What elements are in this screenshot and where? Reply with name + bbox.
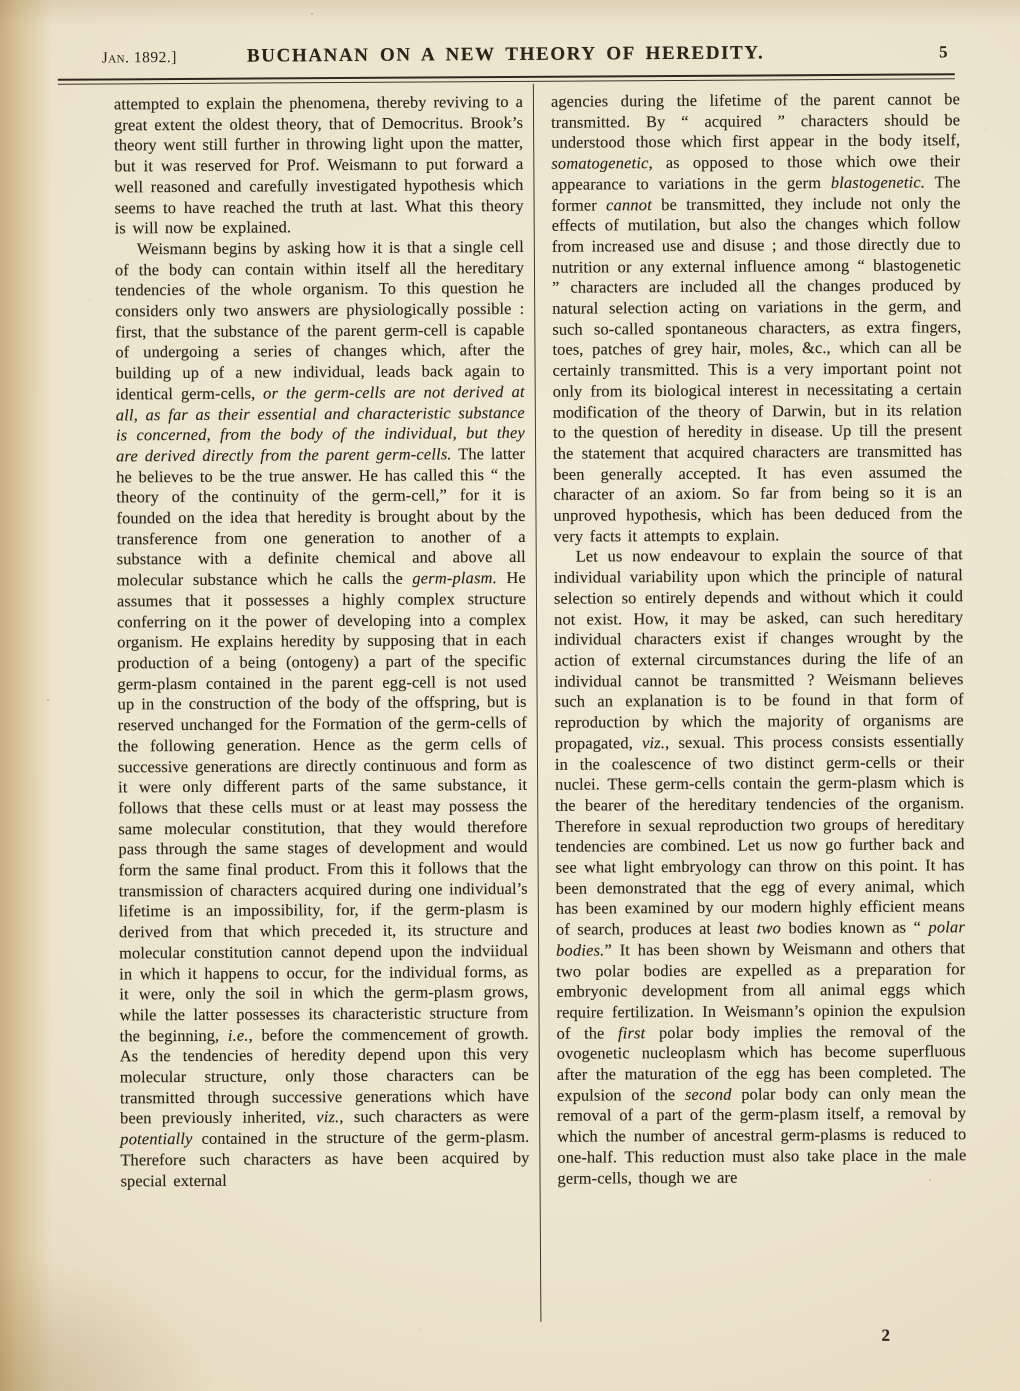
italic-text-run: somatogenetic (551, 153, 648, 173)
text-run: bodies known as “ (781, 918, 929, 938)
signature-mark: 2 (881, 1326, 890, 1346)
italic-text-run: first (618, 1023, 646, 1042)
paragraph: agencies during the lifetime of the pare… (551, 89, 963, 547)
text-run: , such characters as were (339, 1106, 529, 1126)
scanned-journal-page: { "colors": { "paper": "#ece3cc", "ink":… (0, 0, 1020, 1391)
text-run: be transmitted, they include not only th… (552, 193, 963, 546)
italic-text-run: viz. (316, 1108, 339, 1127)
page-number: 5 (939, 42, 948, 62)
text-run: , sexual. This process consists essentia… (555, 731, 965, 939)
page-header: Jan. 1892.] BUCHANAN ON A NEW THEORY OF … (58, 41, 954, 72)
paragraph: attempted to explain the phenomena, ther… (114, 92, 524, 239)
text-run: Weismann begins by asking how it is that… (115, 237, 525, 403)
text-run: agencies during the lifetime of the pare… (551, 89, 960, 152)
italic-text-run: cannot (606, 195, 652, 214)
paragraph: Weismann begins by asking how it is that… (115, 237, 530, 1192)
italic-text-run: potentially (120, 1129, 192, 1148)
header-double-rule (58, 73, 955, 84)
text-run: Let us now endeavour to explain the sour… (554, 545, 964, 753)
italic-text-run: i.e. (228, 1025, 249, 1044)
italic-text-run: blastogenetic. (831, 172, 925, 192)
italic-text-run: viz. (642, 733, 665, 752)
italic-text-run: second (685, 1084, 732, 1103)
text-run: attempted to explain the phenomena, ther… (114, 92, 524, 238)
article-body: attempted to explain the phenomena, ther… (114, 89, 967, 1191)
left-column: attempted to explain the phenomena, ther… (114, 92, 530, 1192)
paragraph: Let us now endeavour to explain the sour… (554, 545, 967, 1189)
italic-text-run: germ-plasm. (412, 568, 497, 588)
page-content: Jan. 1892.] BUCHANAN ON A NEW THEORY OF … (0, 0, 1020, 1391)
running-title: BUCHANAN ON A NEW THEORY OF HEREDITY. (58, 41, 954, 68)
right-column: agencies during the lifetime of the pare… (551, 89, 967, 1189)
text-run: He assumes that it possesses a highly co… (117, 568, 529, 1045)
italic-text-run: two (757, 918, 781, 937)
